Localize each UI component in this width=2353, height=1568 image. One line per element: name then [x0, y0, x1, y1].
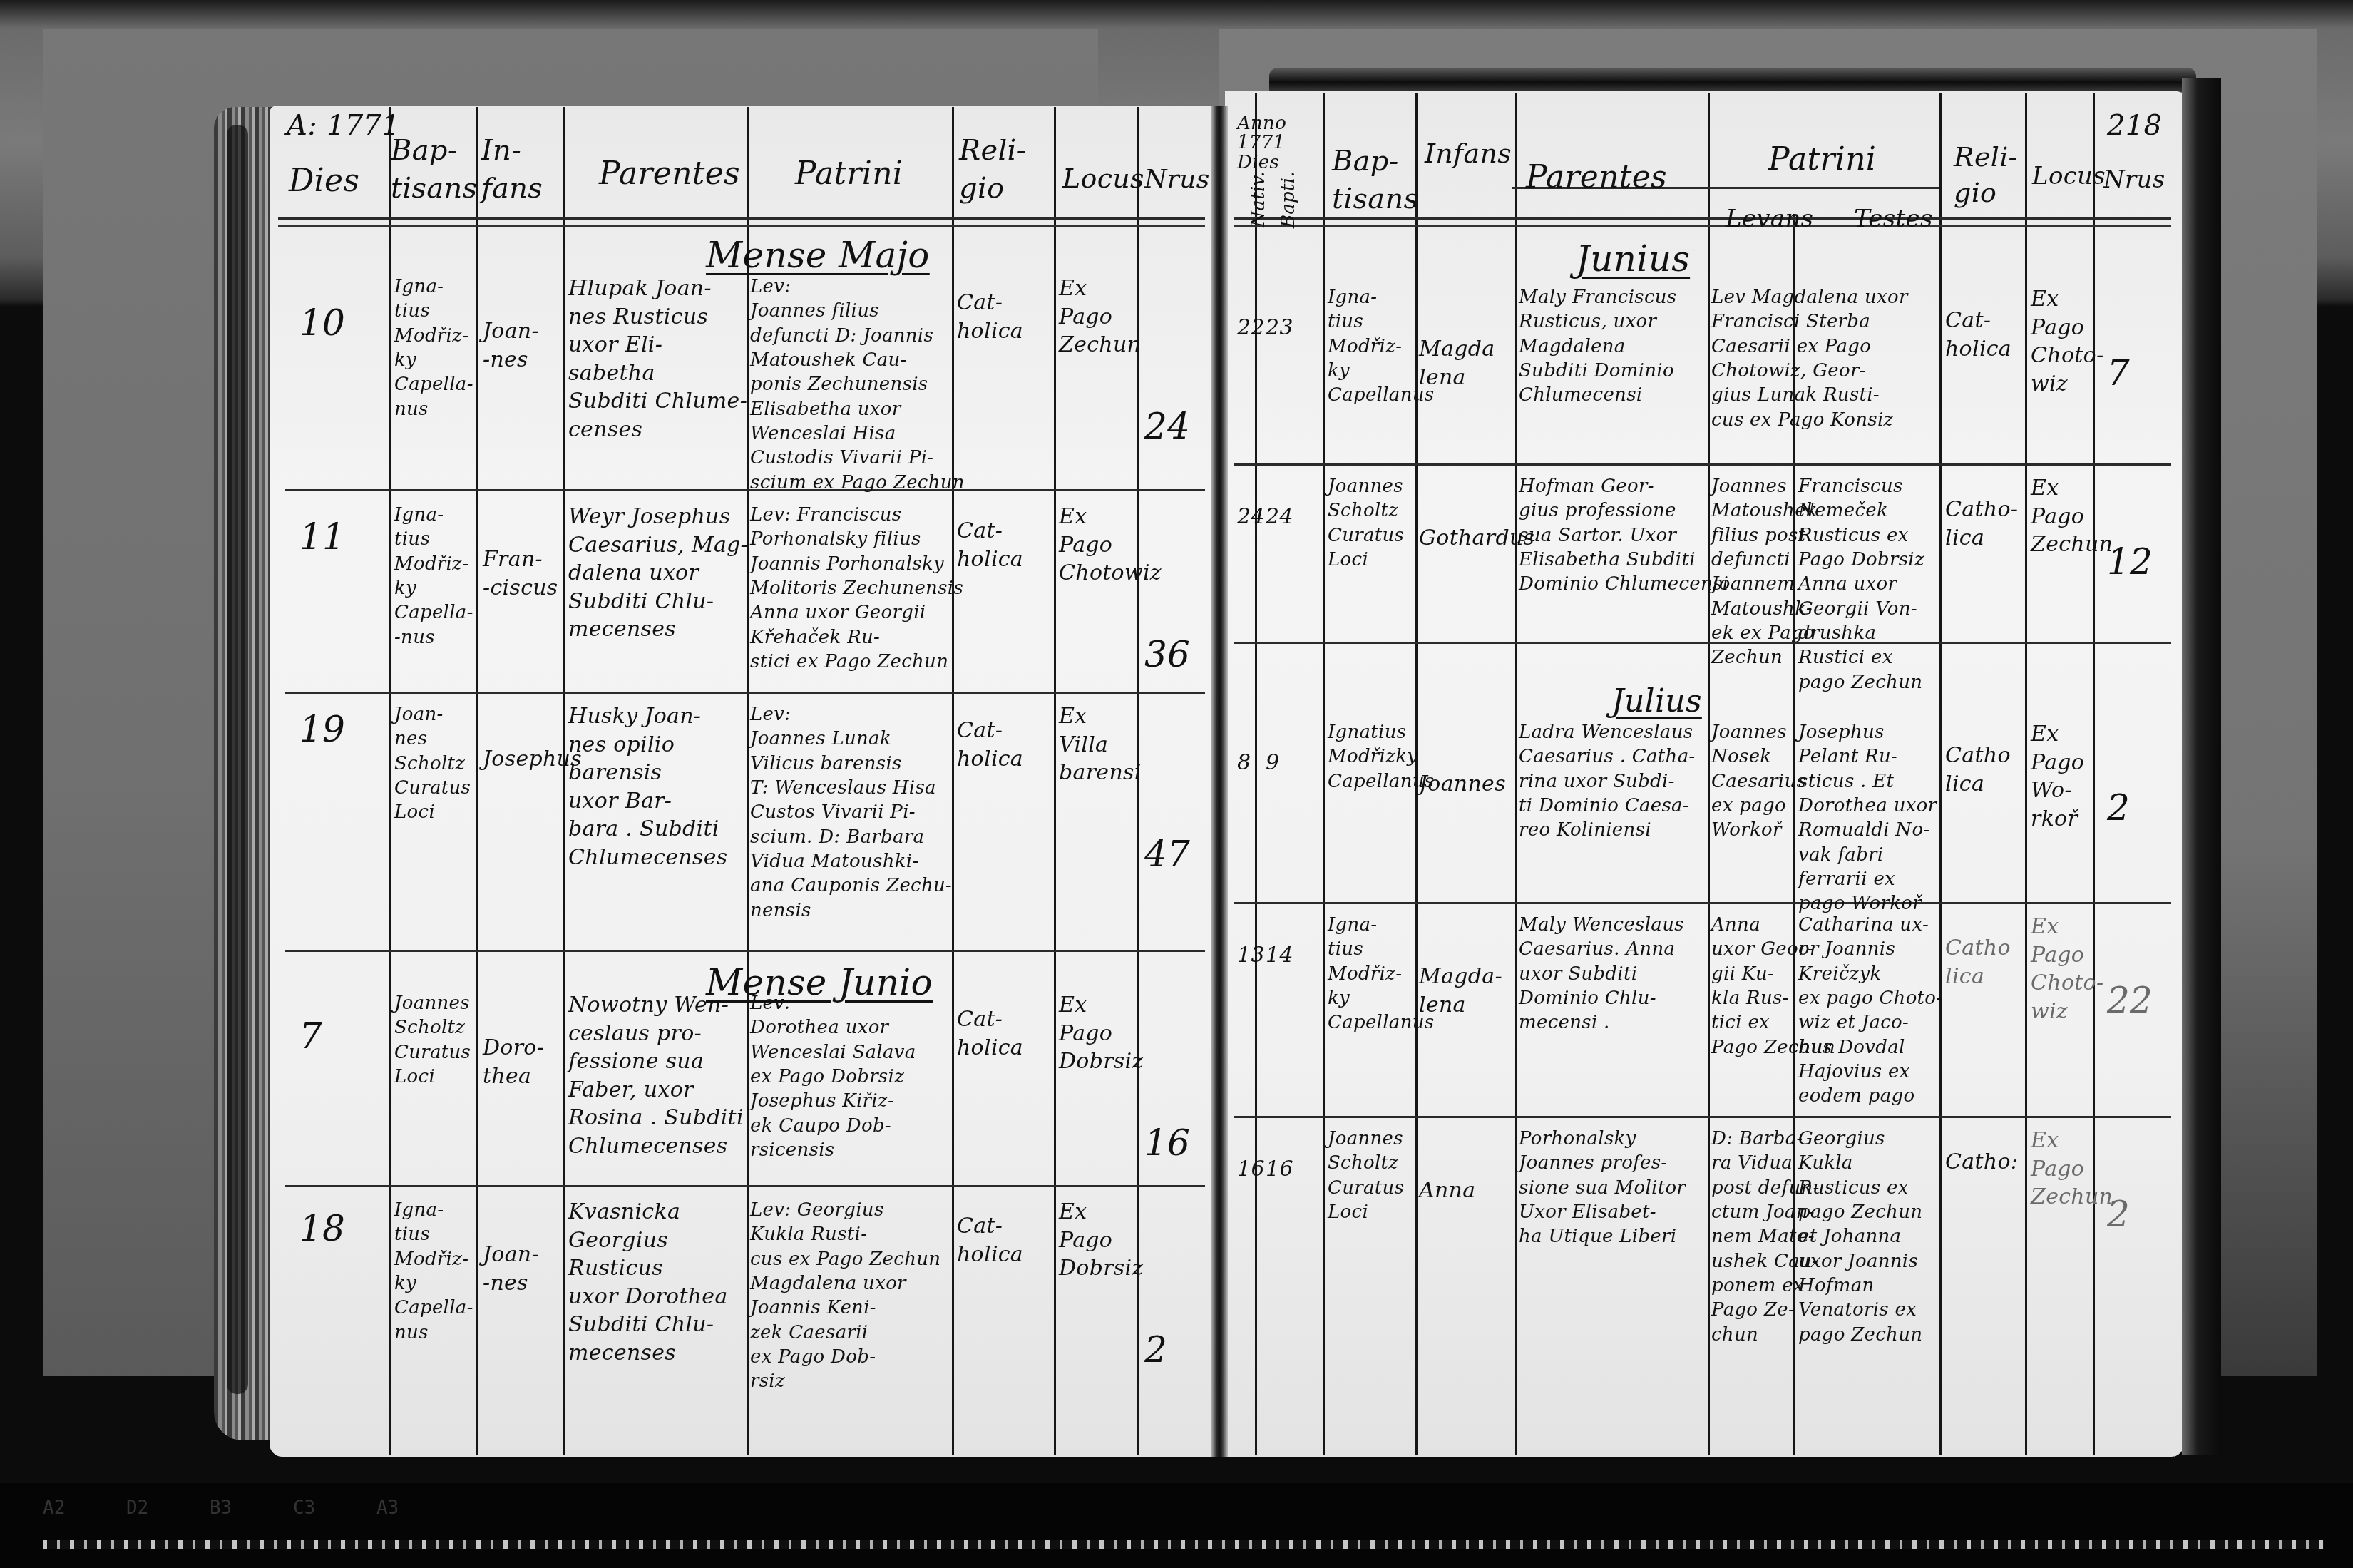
left-entry-numerus: 2	[1144, 1326, 1167, 1373]
header-baptisans: Bap- tisans	[391, 132, 477, 207]
right-entry-infans: Anna	[1419, 1177, 1475, 1205]
right-entry-testes: Georgius Kukla Rusticus ex pago Zechun e…	[1798, 1127, 1922, 1347]
row-rule	[285, 950, 1205, 952]
right-entry-dies-nativ: 13	[1237, 941, 1265, 970]
left-entry-infans: Fran- -ciscus	[483, 545, 558, 602]
page-number: 218	[2107, 107, 2162, 145]
header-dies-bapti: Bapti.	[1276, 171, 1301, 228]
right-entry-dies-nativ: 24	[1237, 503, 1265, 531]
right-entry-parentes: Maly Franciscus Rusticus, uxor Magdalena…	[1519, 285, 1676, 408]
header-infans: In- fans	[481, 132, 543, 207]
right-entry-dies-bapt: 24	[1266, 503, 1293, 531]
left-entry-numerus: 16	[1144, 1119, 1190, 1167]
right-entry-baptisans: Ignatius Modřizky Capellanus	[1328, 720, 1434, 794]
right-entry-levans: Joannes Nosek Caesarius ex pago Workoř	[1711, 720, 1806, 843]
left-entry-patrini: Lev: Joannes filius defuncti D: Joannis …	[750, 275, 965, 495]
column-rule	[747, 107, 749, 1455]
left-entry-parentes: Kvasnicka Georgius Rusticus uxor Dorothe…	[568, 1198, 728, 1368]
frame-mark: C3	[293, 1497, 315, 1519]
left-entry-patrini: Lev: Joannes Lunak Vilicus barensis T: W…	[750, 702, 952, 923]
left-entry-infans: Joan- -nes	[483, 317, 539, 374]
left-entry-dies: 7	[299, 1013, 322, 1060]
header-dies-right: Anno 1771 Dies	[1237, 114, 1286, 173]
right-entry-dies-bapt: 16	[1266, 1155, 1293, 1184]
column-rule	[1323, 93, 1325, 1455]
frame-mark: D2	[126, 1497, 148, 1519]
right-binding-edge	[2182, 78, 2221, 1455]
left-entry-baptisans: Joan- nes Scholtz Curatus Loci	[394, 702, 471, 825]
frame-mark: B3	[210, 1497, 232, 1519]
left-entry-religio: Cat- holica	[957, 1212, 1023, 1269]
section-caption-mense-majo: Mense Majo	[706, 232, 930, 279]
column-rule	[563, 107, 565, 1455]
header-dies-nativ: Nativ.	[1246, 171, 1271, 227]
header-religio-right: Reli- gio	[1954, 139, 2018, 210]
left-entry-patrini: Lev: Franciscus Porhonalsky filius Joann…	[750, 503, 963, 674]
right-entry-locus: Ex Pago Zechun	[2031, 474, 2113, 559]
right-entry-locus: Ex Pago Choto- wiz	[2031, 913, 2103, 1025]
left-entry-numerus: 36	[1144, 631, 1190, 678]
left-entry-infans: Josephus	[483, 745, 582, 774]
left-entry-dies: 18	[299, 1205, 345, 1252]
row-rule	[278, 217, 1205, 220]
right-entry-numerus: 22	[2107, 977, 2153, 1024]
right-entry-baptisans: Joannes Scholtz Curatus Loci	[1328, 1127, 1404, 1224]
row-rule	[285, 1185, 1205, 1187]
right-entry-dies-nativ: 22	[1237, 314, 1265, 342]
film-sprocket-strip	[43, 1540, 2324, 1549]
book-gutter	[1211, 106, 1228, 1457]
right-entry-religio: Catho lica	[1945, 934, 2011, 990]
left-entry-religio: Cat- holica	[957, 289, 1023, 345]
right-entry-parentes: Ladra Wenceslaus Caesarius . Catha- rina…	[1519, 720, 1696, 843]
left-entry-patrini: Lev: Georgius Kukla Rusti- cus ex Pago Z…	[750, 1198, 940, 1394]
column-rule	[476, 107, 478, 1455]
left-entry-locus: Ex Pago Dobrsiz	[1059, 1198, 1144, 1283]
header-parentes-right: Parentes	[1526, 157, 1667, 198]
right-entry-numerus: 12	[2107, 538, 2153, 585]
header-numerus-right: Nrus	[2103, 164, 2165, 196]
column-rule	[1054, 107, 1056, 1455]
left-entry-locus: Ex Pago Chotowiz	[1059, 503, 1162, 588]
frame-mark: A3	[376, 1497, 399, 1519]
column-rule	[2025, 93, 2027, 1455]
column-rule	[389, 107, 391, 1455]
row-rule	[285, 692, 1205, 694]
right-entry-baptisans: Joannes Scholtz Curatus Loci	[1328, 474, 1404, 572]
left-entry-baptisans: Joannes Scholtz Curatus Loci	[394, 991, 471, 1089]
header-locus-right: Locus	[2032, 160, 2106, 193]
right-entry-baptisans: Igna- tius Modřiz- ky Capellanus	[1328, 285, 1434, 408]
column-rule	[1255, 93, 1257, 1455]
right-entry-religio: Catho:	[1945, 1148, 2018, 1177]
header-testes: Testes	[1854, 203, 1933, 235]
header-levans: Levans	[1726, 203, 1813, 235]
right-entry-infans: Magda- lena	[1419, 963, 1502, 1019]
header-religio: Reli- gio	[959, 132, 1026, 207]
frame-mark: A2	[43, 1497, 65, 1519]
header-parentes: Parentes	[599, 153, 740, 195]
frame-marks: A2 D2 B3 C3 A3	[43, 1497, 1041, 1526]
left-entry-dies: 11	[299, 513, 345, 560]
right-entry-religio: Catho lica	[1945, 742, 2011, 798]
header-dies: Dies	[289, 160, 359, 202]
left-entry-parentes: Weyr Josephus Caesarius, Mag- dalena uxo…	[568, 503, 748, 644]
left-entry-locus: Ex Pago Dobrsiz	[1059, 991, 1144, 1076]
column-rule	[1515, 93, 1517, 1455]
right-entry-testes: Josephus Pelant Ru- sticus . Et Dorothea…	[1798, 720, 1937, 916]
left-entry-patrini: Lev: Dorothea uxor Wenceslai Salava ex P…	[750, 991, 916, 1162]
section-caption-junius: Junius	[1576, 235, 1690, 282]
left-entry-parentes: Hlupak Joan- nes Rusticus uxor Eli- sabe…	[568, 275, 747, 444]
right-entry-religio: Catho- lica	[1945, 496, 2018, 552]
header-infans-right: Infans	[1425, 135, 1512, 171]
right-entry-infans: Magda lena	[1419, 335, 1495, 391]
left-entry-parentes: Husky Joan- nes opilio barensis uxor Bar…	[568, 702, 727, 872]
right-entry-locus: Ex Pago Wo- rkoř	[2031, 720, 2084, 833]
right-entry-dies-bapt: 14	[1266, 941, 1293, 970]
book-edge-shadow	[227, 125, 248, 1394]
page-top-shadow	[1269, 68, 2196, 92]
header-patrini-right: Patrini	[1768, 139, 1876, 180]
right-entry-numerus: 2	[2107, 784, 2130, 831]
right-entry-dies-nativ: 8	[1237, 749, 1251, 777]
left-entry-infans: Doro- thea	[483, 1034, 544, 1090]
right-entry-testes: Franciscus Nemeček Rusticus ex Pago Dobr…	[1798, 474, 1924, 695]
column-rule	[1939, 93, 1942, 1455]
header-baptisans-right: Bap- tisans	[1332, 143, 1418, 218]
right-entry-testes: Catharina ux- or Joannis Kreičzyk ex pag…	[1798, 913, 1942, 1109]
right-entry-infans: Gothardus	[1419, 524, 1534, 553]
right-entry-levans: Lev Magdalena uxor Francisci Sterba Caes…	[1711, 285, 1932, 432]
left-entry-baptisans: Igna- tius Modřiz- ky Capella- nus	[394, 1198, 473, 1345]
right-entry-locus: Ex Pago Zechun	[2031, 1127, 2113, 1211]
right-entry-infans: Joannes	[1419, 770, 1506, 799]
right-entry-baptisans: Igna- tius Modřiz- ky Capellanus	[1328, 913, 1434, 1035]
left-entry-locus: Ex Pago Zechun	[1059, 275, 1141, 359]
left-entry-baptisans: Igna- tius Modřiz- ky Capella- nus	[394, 275, 473, 421]
row-rule	[1234, 902, 2171, 904]
left-entry-locus: Ex Villa barensi	[1059, 702, 1142, 787]
year-label: A: 1771	[287, 107, 400, 145]
left-entry-religio: Cat- holica	[957, 1005, 1023, 1062]
right-entry-dies-bapt: 9	[1266, 749, 1279, 777]
left-entry-numerus: 24	[1144, 403, 1190, 450]
right-entry-locus: Ex Pago Choto- wiz	[2031, 285, 2103, 398]
section-caption-julius: Julius	[1611, 681, 1702, 722]
left-entry-parentes: Nowotny Wen- ceslaus pro- fessione sua F…	[568, 991, 744, 1161]
header-patrini: Patrini	[795, 153, 903, 195]
row-rule	[1234, 1116, 2171, 1118]
row-rule	[1234, 463, 2171, 466]
left-entry-religio: Cat- holica	[957, 717, 1023, 773]
right-entry-numerus: 7	[2107, 349, 2130, 396]
left-entry-baptisans: Igna- tius Modřiz- ky Capella- -nus	[394, 503, 473, 650]
right-entry-parentes: Maly Wenceslaus Caesarius. Anna uxor Sub…	[1519, 913, 1684, 1035]
row-rule	[1234, 642, 2171, 644]
right-entry-dies-bapt: 23	[1266, 314, 1293, 342]
right-entry-parentes: Porhonalsky Joannes profes- sione sua Mo…	[1519, 1127, 1686, 1249]
left-entry-infans: Joan- -nes	[483, 1241, 539, 1297]
right-entry-parentes: Hofman Geor- gius professione sua Sartor…	[1519, 474, 1728, 597]
left-entry-dies: 10	[299, 299, 345, 347]
right-entry-numerus: 2	[2107, 1191, 2130, 1238]
left-entry-religio: Cat- holica	[957, 517, 1023, 573]
left-entry-dies: 19	[299, 706, 345, 753]
row-rule	[285, 489, 1205, 491]
header-locus: Locus	[1062, 160, 1144, 196]
left-entry-numerus: 47	[1144, 831, 1190, 878]
column-rule	[1708, 93, 1710, 1455]
right-entry-dies-nativ: 16	[1237, 1155, 1265, 1184]
right-entry-religio: Cat- holica	[1945, 307, 2011, 363]
header-numerus: Nrus	[1144, 163, 1210, 197]
